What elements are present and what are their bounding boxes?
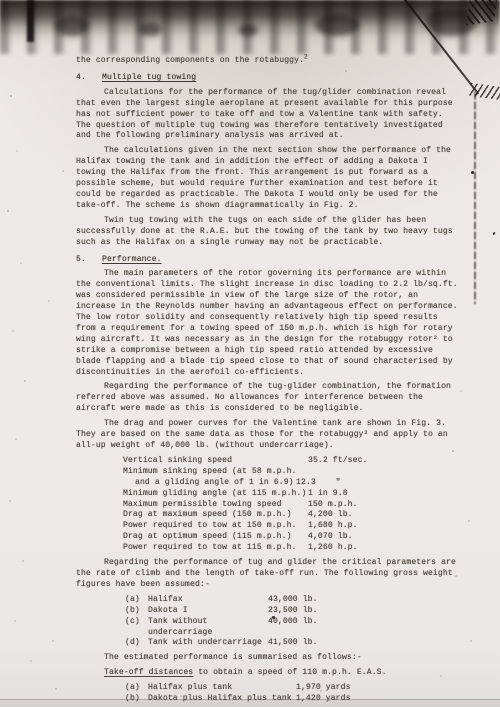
paragraph: Regarding the performance of the tug-gli…	[76, 382, 462, 415]
section-title: Multiple tug towing	[102, 73, 196, 82]
gross-weight-list: (a) Halifax 43,000 lb. (b) Dakota I 23,5…	[125, 595, 462, 650]
table-row: Minimum sinking speed (at 58 m.p.h.	[123, 467, 462, 478]
table-row: Vertical sinking speed 35.2 ft/sec.	[123, 456, 462, 467]
scan-artifact-top-streaks	[0, 0, 500, 54]
scan-artifact-left-bar	[27, 0, 34, 42]
paragraph: Twin tug towing with the tugs on each si…	[76, 216, 462, 249]
scan-artifact-blob	[315, 14, 359, 36]
table-row: Drag at optimum speed (115 m.p.h.) 4,070…	[123, 532, 462, 543]
paragraph: The calculations given in the next secti…	[76, 146, 462, 211]
crease-hatch-marks	[469, 83, 500, 100]
section-number: 4.	[76, 73, 102, 84]
table-row: Maximum permissible towing speed 150 m.p…	[123, 500, 462, 511]
scan-artifact-blob	[138, 22, 162, 36]
ink-dot	[492, 232, 495, 236]
section-title: Performance.	[102, 255, 161, 264]
performance-spec-table: Vertical sinking speed 35.2 ft/sec. Mini…	[123, 456, 462, 554]
paragraph: Calculations for the performance of the …	[76, 88, 462, 143]
paragraph: The main parameters of the rotor governi…	[76, 269, 462, 378]
footnote-marker: 2	[304, 53, 308, 60]
table-row: and a gliding angle of 1 in 6.9) 12.3 "	[123, 478, 462, 489]
table-row: Drag at maximum speed (150 m.p.h.) 4,200…	[123, 510, 462, 521]
list-item: (b) Dakota plus Halifax plus tank 1,420 …	[125, 694, 462, 705]
body-text: the corresponding components on the rota…	[76, 56, 462, 705]
scanned-document-page: the corresponding components on the rota…	[0, 0, 500, 707]
section-number: 5.	[76, 255, 102, 266]
paragraph: Regarding the performance of tug and gli…	[76, 558, 462, 591]
list-item: (c) Tank without undercarriage 40,000 lb…	[125, 617, 462, 639]
takeoff-distances-heading: Take-off distances to obtain a speed of …	[76, 668, 462, 679]
takeoff-distance-list: (a) Halifax plus tank 1,970 yards (b) Da…	[125, 683, 462, 705]
scan-artifact-blob	[425, 8, 477, 36]
page-fold-line	[474, 92, 476, 304]
list-item: (a) Halifax plus tank 1,970 yards	[125, 683, 462, 694]
paragraph: The drag and power curves for the Valent…	[76, 419, 462, 452]
partial-stamp-mark	[462, 0, 500, 25]
carryover-sentence: the corresponding components on the rota…	[76, 56, 462, 67]
ink-dot	[471, 171, 474, 174]
scan-speckles	[0, 0, 2, 2]
list-item: (d) Tank with undercarriage 41,500 lb.	[125, 638, 462, 649]
section-5-heading: 5.Performance.	[76, 255, 462, 266]
table-row: Power required to tow at 150 m.p.h. 1,68…	[123, 521, 462, 532]
summary-line: The estimated performance is summarised …	[76, 653, 462, 664]
table-row: Minimum gliding angle (at 115 m.p.h.) 1 …	[123, 489, 462, 500]
scan-artifact-blob	[55, 16, 89, 36]
scan-artifact-blob	[238, 24, 258, 36]
section-4-heading: 4.Multiple tug towing	[76, 73, 462, 84]
list-item: (b) Dakota I 23,500 lb.	[125, 606, 462, 617]
list-item: (a) Halifax 43,000 lb.	[125, 595, 462, 606]
table-row: Power required to tow at 115 m.p.h. 1,26…	[123, 543, 462, 554]
scan-artifact-top-band	[0, 0, 500, 46]
